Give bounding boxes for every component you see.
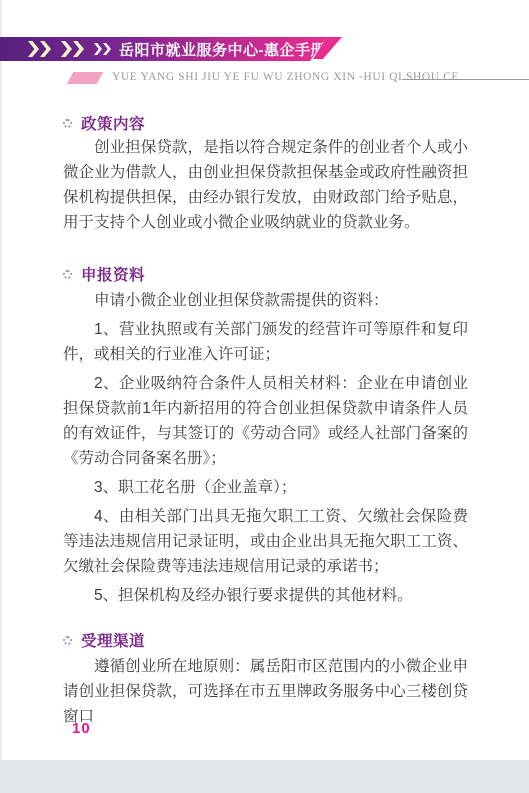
dotted-ring-icon (63, 270, 72, 279)
page-left-edge (0, 0, 2, 793)
handbook-page: 岳阳市就业服务中心-惠企手册 YUE YANG SHI JIU YE FU WU… (0, 0, 529, 793)
dotted-ring-icon (63, 119, 72, 128)
paragraph: 遵循创业所在地原则：属岳阳市区范围内的小微企业申请创业担保贷款，可选择在市五里牌… (63, 654, 468, 729)
section-application-materials: 申报资料 申请小微企业创业担保贷款需提供的资料： 1、营业执照或有关部门颁发的经… (63, 263, 468, 612)
section-title: 受理渠道 (81, 629, 145, 651)
double-chevron-right-icon (28, 41, 51, 57)
paragraph: 5、担保机构及经办银行要求提供的其他材料。 (63, 583, 468, 608)
header-banner: 岳阳市就业服务中心-惠企手册 (0, 37, 327, 61)
paragraph: 创业担保贷款，是指以符合规定条件的创业者个人或小微企业为借款人，由创业担保贷款担… (63, 135, 468, 235)
paragraph: 4、由相关部门出具无拖欠职工工资、欠缴社会保险费等违法违规信用记录证明，或由企业… (63, 504, 468, 579)
pinyin-subtitle: YUE YANG SHI JIU YE FU WU ZHONG XIN -HUI… (112, 71, 459, 83)
pink-flag-shape (67, 72, 103, 84)
section-title: 政策内容 (81, 112, 145, 134)
double-chevron-right-icon (61, 41, 84, 57)
paragraph: 1、营业执照或有关部门颁发的经营许可等原件和复印件，或相关的行业准入许可证； (63, 317, 468, 367)
section-title: 申报资料 (81, 263, 145, 285)
section-acceptance-channel: 受理渠道 遵循创业所在地原则：属岳阳市区范围内的小微企业申请创业担保贷款，可选择… (63, 629, 468, 733)
section-heading: 申报资料 (63, 263, 468, 285)
section-policy-content: 政策内容 创业担保贷款，是指以符合规定条件的创业者个人或小微企业为借款人，由创业… (63, 112, 468, 239)
dotted-ring-icon (63, 636, 72, 645)
paragraph: 3、职工花名册（企业盖章）； (63, 475, 468, 500)
section-heading: 政策内容 (63, 112, 468, 134)
section-heading: 受理渠道 (63, 629, 468, 651)
paragraph: 申请小微企业创业担保贷款需提供的资料： (63, 288, 468, 313)
page-number: 10 (72, 720, 91, 737)
paragraph: 2、企业吸纳符合条件人员相关材料：企业在申请创业担保贷款前1年内新招用的符合创业… (63, 371, 468, 471)
double-chevron-right-icon (94, 43, 111, 55)
bottom-edge-strip (0, 760, 529, 793)
banner-title: 岳阳市就业服务中心-惠企手册 (119, 39, 326, 60)
header-rule-line (402, 79, 529, 80)
